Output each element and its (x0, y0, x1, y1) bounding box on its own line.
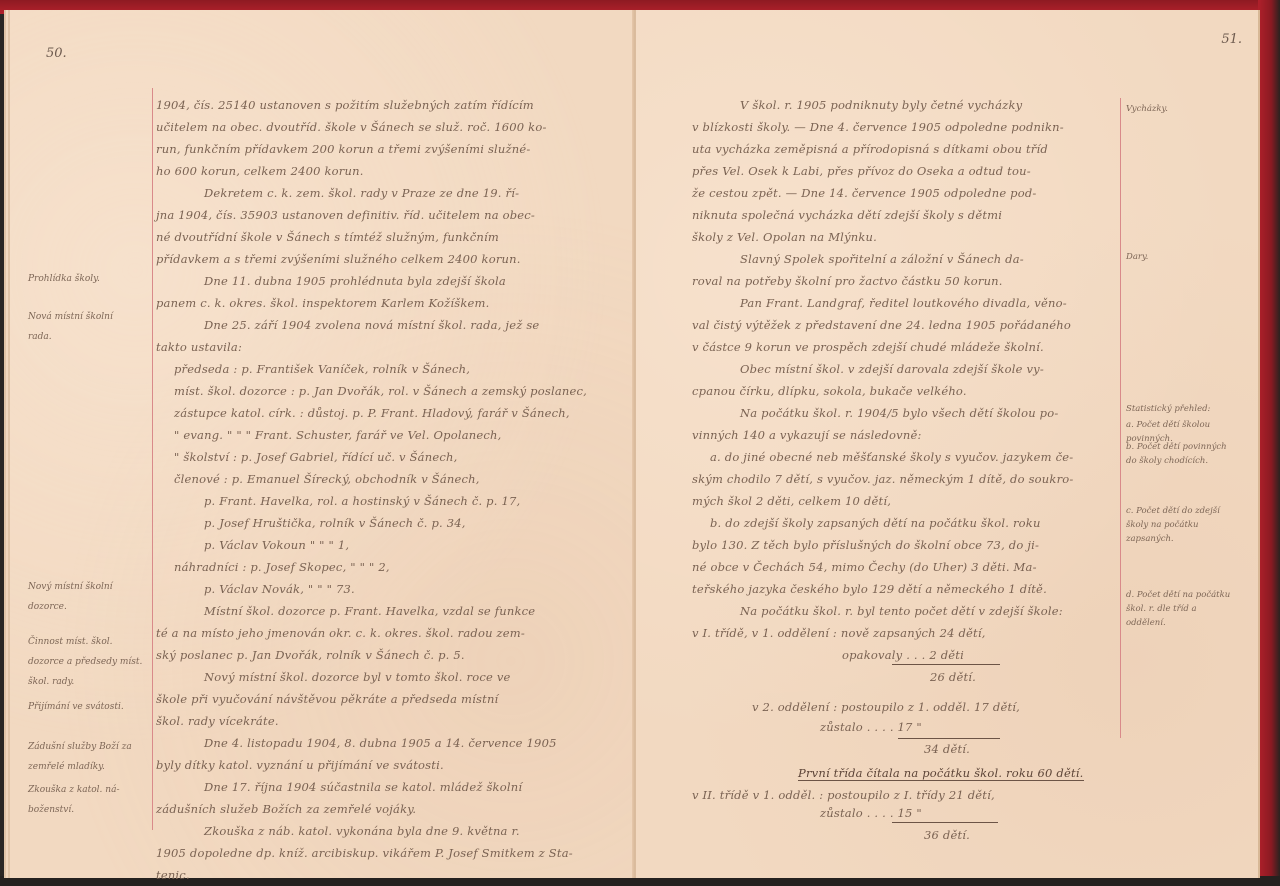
text-line: mých škol 2 děti, celkem 10 dětí, (692, 494, 891, 508)
sum-line (892, 664, 1000, 665)
right-page: 51. Vycházky.Dary.Statistický přehled:a.… (636, 10, 1260, 878)
book-cover-right-edge (1258, 0, 1280, 886)
text-line: 36 dětí. (924, 828, 970, 842)
text-line: náhradníci : p. Josef Skopec, " " " 2, (156, 560, 390, 574)
text-line: že cestou zpět. — Dne 14. července 1905 … (692, 186, 1037, 200)
margin-note: Činnost míst. škol. (28, 635, 112, 650)
text-line: učitelem na obec. dvoutříd. škole v Šáne… (156, 120, 547, 134)
left-page: 50. Prohlídka školy.Nová místní školníra… (4, 10, 636, 878)
text-line: V škol. r. 1905 podniknuty byly četné vy… (692, 98, 1022, 112)
text-line: val čistý výtěžek z představení dne 24. … (692, 318, 1071, 332)
text-line: zádušních služeb Božích za zemřelé voják… (156, 802, 416, 816)
margin-rule (152, 88, 153, 830)
text-line: škole při vyučování návštěvou pěkráte a … (156, 692, 498, 706)
margin-note: Statistický přehled: (1126, 402, 1238, 416)
margin-note: Zkouška z katol. ná- (28, 783, 119, 798)
sum-line (898, 738, 1000, 739)
text-line: zůstalo . . . . 17 " (820, 720, 922, 734)
text-line: " evang. " " " Frant. Schuster, farář ve… (156, 428, 501, 442)
text-line: ský poslanec p. Jan Dvořák, rolník v Šán… (156, 648, 465, 662)
text-line: v 2. oddělení : postoupilo z 1. odděl. 1… (752, 700, 1020, 714)
text-line: míst. škol. dozorce : p. Jan Dvořák, rol… (156, 384, 587, 398)
margin-note: c. Počet dětí do zdejší školy na počátku… (1126, 504, 1238, 546)
text-line: té a na místo jeho jmenován okr. c. k. o… (156, 626, 525, 640)
text-line: v II. třídě v 1. odděl. : postoupilo z I… (692, 788, 995, 802)
margin-note: Prohlídka školy. (28, 272, 100, 287)
text-line: První třída čítala na počátku škol. roku… (798, 766, 1084, 781)
text-line: zůstalo . . . . 15 " (820, 806, 922, 820)
text-line: Na počátku škol. r. 1904/5 bylo všech dě… (692, 406, 1058, 420)
margin-note: Přijímání ve svátosti. (28, 700, 124, 715)
text-line: jna 1904, čís. 35903 ustanoven definitiv… (156, 208, 535, 222)
margin-note: rada. (28, 330, 52, 345)
text-line: " školství : p. Josef Gabriel, řídící uč… (156, 450, 457, 464)
text-line: Zkouška z náb. katol. vykonána byla dne … (156, 824, 520, 838)
margin-note: Nová místní školní (28, 310, 113, 325)
text-line: ho 600 korun, celkem 2400 korun. (156, 164, 364, 178)
text-line: 1905 dopoledne dp. kníž. arcibiskup. vik… (156, 846, 573, 860)
text-line: v částce 9 korun ve prospěch zdejší chud… (692, 340, 1044, 354)
text-line: zástupce katol. círk. : důstoj. p. P. Fr… (156, 406, 570, 420)
text-line: Nový místní škol. dozorce byl v tomto šk… (156, 670, 511, 684)
text-line: uta vycházka zeměpisná a přírodopisná s … (692, 142, 1048, 156)
text-line: Dne 25. září 1904 zvolena nová místní šk… (156, 318, 539, 332)
margin-note: dozorce a předsedy míst. (28, 655, 142, 670)
text-line: panem c. k. okres. škol. inspektorem Kar… (156, 296, 490, 310)
margin-note: škol. rady. (28, 675, 74, 690)
page-number: 51. (1221, 32, 1242, 47)
text-line: v I. třídě, v 1. oddělení : nově zapsaný… (692, 626, 986, 640)
text-line: 26 dětí. (930, 670, 976, 684)
text-line: Místní škol. dozorce p. Frant. Havelka, … (156, 604, 535, 618)
text-line: předseda : p. František Vaníček, rolník … (156, 362, 470, 376)
margin-note: Zádušní služby Boží za (28, 740, 132, 755)
margin-note: b. Počet dětí povinných do školy chodící… (1126, 440, 1238, 468)
text-line: školy z Vel. Opolan na Mlýnku. (692, 230, 877, 244)
text-line: run, funkčním přídavkem 200 korun a třem… (156, 142, 531, 156)
text-line: niknuta společná vycházka dětí zdejší šk… (692, 208, 1002, 222)
text-line: Obec místní škol. v zdejší darovala zdej… (692, 362, 1044, 376)
text-line: Dekretem c. k. zem. škol. rady v Praze z… (156, 186, 519, 200)
margin-note: Dary. (1126, 250, 1238, 264)
text-line: cpanou čírku, dlípku, sokola, bukače vel… (692, 384, 967, 398)
text-line: ským chodilo 7 dětí, s vyučov. jaz. něme… (692, 472, 1074, 486)
text-line: né dvoutřídní škole v Šánech s tímtéž sl… (156, 230, 499, 244)
margin-note: d. Počet dětí na počátku škol. r. dle tř… (1126, 588, 1238, 630)
text-line: přídavkem a s třemi zvýšeními služného c… (156, 252, 521, 266)
text-line: přes Vel. Osek k Labi, přes přívoz do Os… (692, 164, 1031, 178)
text-line: a. do jiné obecné neb měšťanské školy s … (692, 450, 1073, 464)
text-line: Slavný Spolek spořitelní a záložní v Šán… (692, 252, 1024, 266)
margin-note: dozorce. (28, 600, 67, 615)
text-line: 1904, čís. 25140 ustanoven s požitím slu… (156, 98, 534, 112)
text-line: členové : p. Emanuel Šírecký, obchodník … (156, 472, 480, 486)
text-line: bylo 130. Z těch bylo příslušných do ško… (692, 538, 1039, 552)
text-line: vinných 140 a vykazují se následovně: (692, 428, 922, 442)
text-line: p. Václav Novák, " " " 73. (156, 582, 355, 596)
text-line: roval na potřeby školní pro žactvo částk… (692, 274, 1003, 288)
text-line: Dne 17. října 1904 súčastnila se katol. … (156, 780, 522, 794)
text-line: p. Josef Hruštička, rolník v Šánech č. p… (156, 516, 466, 530)
text-line: teřského jazyka českého bylo 129 dětí a … (692, 582, 1047, 596)
text-line: byly dítky katol. vyznání u přijímání ve… (156, 758, 444, 772)
text-line: p. Frant. Havelka, rol. a hostinský v Šá… (156, 494, 520, 508)
text-line: p. Václav Vokoun " " " 1, (156, 538, 349, 552)
text-line: né obce v Čechách 54, mimo Čechy (do Uhe… (692, 560, 1037, 574)
margin-note: boženství. (28, 803, 74, 818)
text-line: Na počátku škol. r. byl tento počet dětí… (692, 604, 1063, 618)
text-line: tenic. (156, 868, 190, 882)
text-line: Dne 11. dubna 1905 prohlédnuta byla zdej… (156, 274, 506, 288)
text-line: Dne 4. listopadu 1904, 8. dubna 1905 a 1… (156, 736, 557, 750)
text-line: Pan Frant. Landgraf, ředitel loutkového … (692, 296, 1067, 310)
margin-rule (1120, 98, 1121, 738)
sum-line (892, 822, 998, 823)
margin-note: Vycházky. (1126, 102, 1238, 116)
page-number: 50. (46, 46, 67, 61)
text-line: škol. rady vícekráte. (156, 714, 279, 728)
margin-note: zemřelé mladíky. (28, 760, 105, 775)
text-line: b. do zdejší školy zapsaných dětí na poč… (692, 516, 1041, 530)
text-line: v blízkosti školy. — Dne 4. července 190… (692, 120, 1064, 134)
text-line: takto ustavila: (156, 340, 242, 354)
margin-note: Nový místní školní (28, 580, 113, 595)
text-line: opakovaly . . . 2 děti (842, 648, 964, 662)
text-line: 34 dětí. (924, 742, 970, 756)
